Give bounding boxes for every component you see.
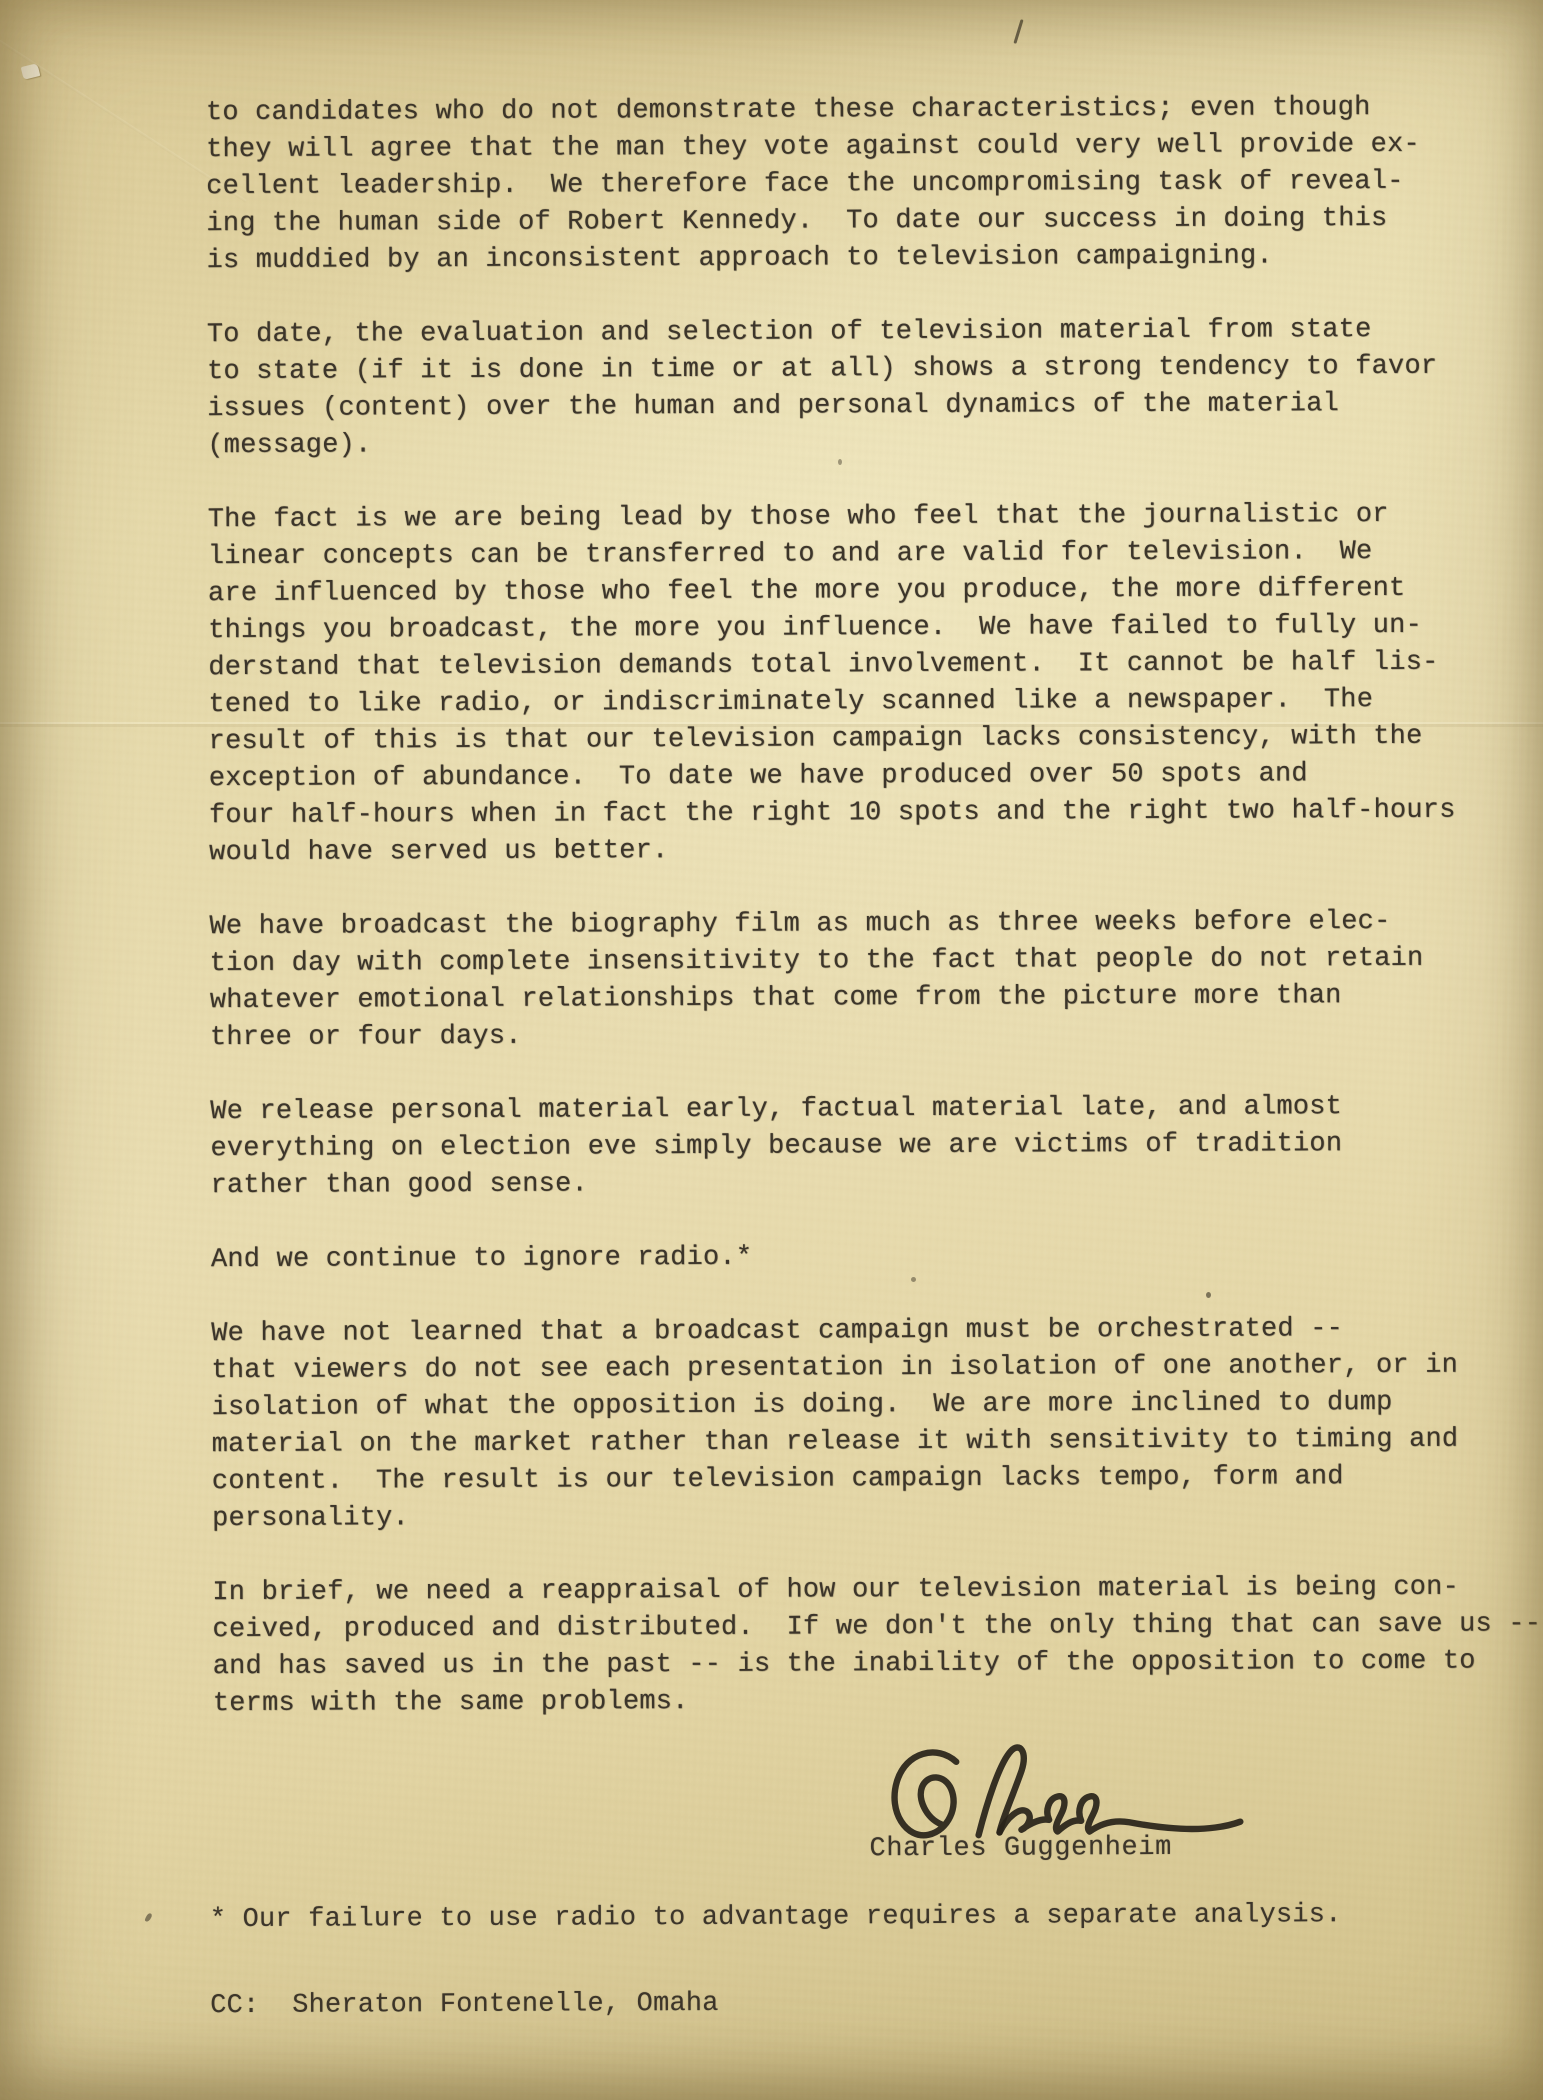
typewritten-line: We release personal material early, fact… [210, 1088, 1543, 1131]
typewritten-line: (message). [207, 422, 1543, 465]
typewritten-line: to candidates who do not demonstrate the… [206, 89, 1543, 132]
typewritten-line: ceived, produced and distributed. If we … [212, 1606, 1543, 1649]
paragraph: To date, the evaluation and selection of… [207, 311, 1543, 465]
paragraph: We have not learned that a broadcast cam… [211, 1310, 1543, 1538]
paragraph: The fact is we are being lead by those w… [208, 496, 1543, 872]
typewritten-line: and has saved us in the past -- is the i… [213, 1643, 1543, 1686]
typewritten-line: And we continue to ignore radio.* [211, 1236, 1543, 1279]
typewritten-line: cellent leadership. We therefore face th… [206, 163, 1543, 206]
typewritten-line: four half-hours when in fact the right 1… [209, 792, 1543, 835]
typewritten-line: terms with the same problems. [213, 1680, 1543, 1723]
footnote: * Our failure to use radio to advantage … [210, 1900, 1342, 1935]
typewritten-line: We have not learned that a broadcast cam… [211, 1310, 1543, 1353]
paragraph: We have broadcast the biography film as … [209, 903, 1543, 1057]
letter-body: to candidates who do not demonstrate the… [206, 89, 1543, 1760]
typewritten-line: content. The result is our television ca… [212, 1458, 1543, 1501]
typewritten-line: tened to like radio, or indiscriminately… [208, 681, 1543, 724]
typewritten-line: The fact is we are being lead by those w… [208, 496, 1543, 539]
typewritten-line: are influenced by those who feel the mor… [208, 570, 1543, 613]
cc-line: CC: Sheraton Fontenelle, Omaha [210, 1989, 719, 2021]
paragraph: In brief, we need a reappraisal of how o… [212, 1569, 1543, 1723]
typewritten-line: issues (content) over the human and pers… [207, 385, 1543, 428]
typewritten-line: personality. [212, 1495, 1543, 1538]
typewritten-line: exception of abundance. To date we have … [209, 755, 1543, 798]
typewritten-line: is muddied by an inconsistent approach t… [206, 237, 1543, 280]
typewritten-line: things you broadcast, the more you influ… [208, 607, 1543, 650]
typewritten-line: everything on election eve simply becaus… [210, 1125, 1543, 1168]
paragraph: And we continue to ignore radio.* [211, 1236, 1543, 1279]
typewritten-line: would have served us better. [209, 829, 1543, 872]
typewritten-line: We have broadcast the biography film as … [209, 903, 1543, 946]
typewritten-line: material on the market rather than relea… [212, 1421, 1543, 1464]
typewritten-line: rather than good sense. [211, 1162, 1543, 1205]
typewritten-line: tion day with complete insensitivity to … [210, 940, 1543, 983]
typewritten-line: isolation of what the opposition is doin… [211, 1384, 1543, 1427]
typewritten-line: result of this is that our television ca… [209, 718, 1543, 761]
typewritten-line: to state (if it is done in time or at al… [207, 348, 1543, 391]
typewritten-line: that viewers do not see each presentatio… [211, 1347, 1543, 1390]
letter-page: to candidates who do not demonstrate the… [0, 0, 1543, 2100]
typewritten-line: three or four days. [210, 1014, 1543, 1057]
paragraph: to candidates who do not demonstrate the… [206, 89, 1543, 280]
typewritten-line: In brief, we need a reappraisal of how o… [212, 1569, 1543, 1612]
typewritten-line: ing the human side of Robert Kennedy. To… [206, 200, 1543, 243]
typewritten-line: whatever emotional relationships that co… [210, 977, 1543, 1020]
paragraph: We release personal material early, fact… [210, 1088, 1543, 1205]
typewritten-line: To date, the evaluation and selection of… [207, 311, 1543, 354]
scan-tilt-layer: to candidates who do not demonstrate the… [0, 0, 1543, 2100]
signature-name: Charles Guggenheim [869, 1833, 1172, 1864]
typewritten-line: they will agree that the man they vote a… [206, 126, 1543, 169]
typewritten-line: linear concepts can be transferred to an… [208, 533, 1543, 576]
typewritten-line: derstand that television demands total i… [208, 644, 1543, 687]
